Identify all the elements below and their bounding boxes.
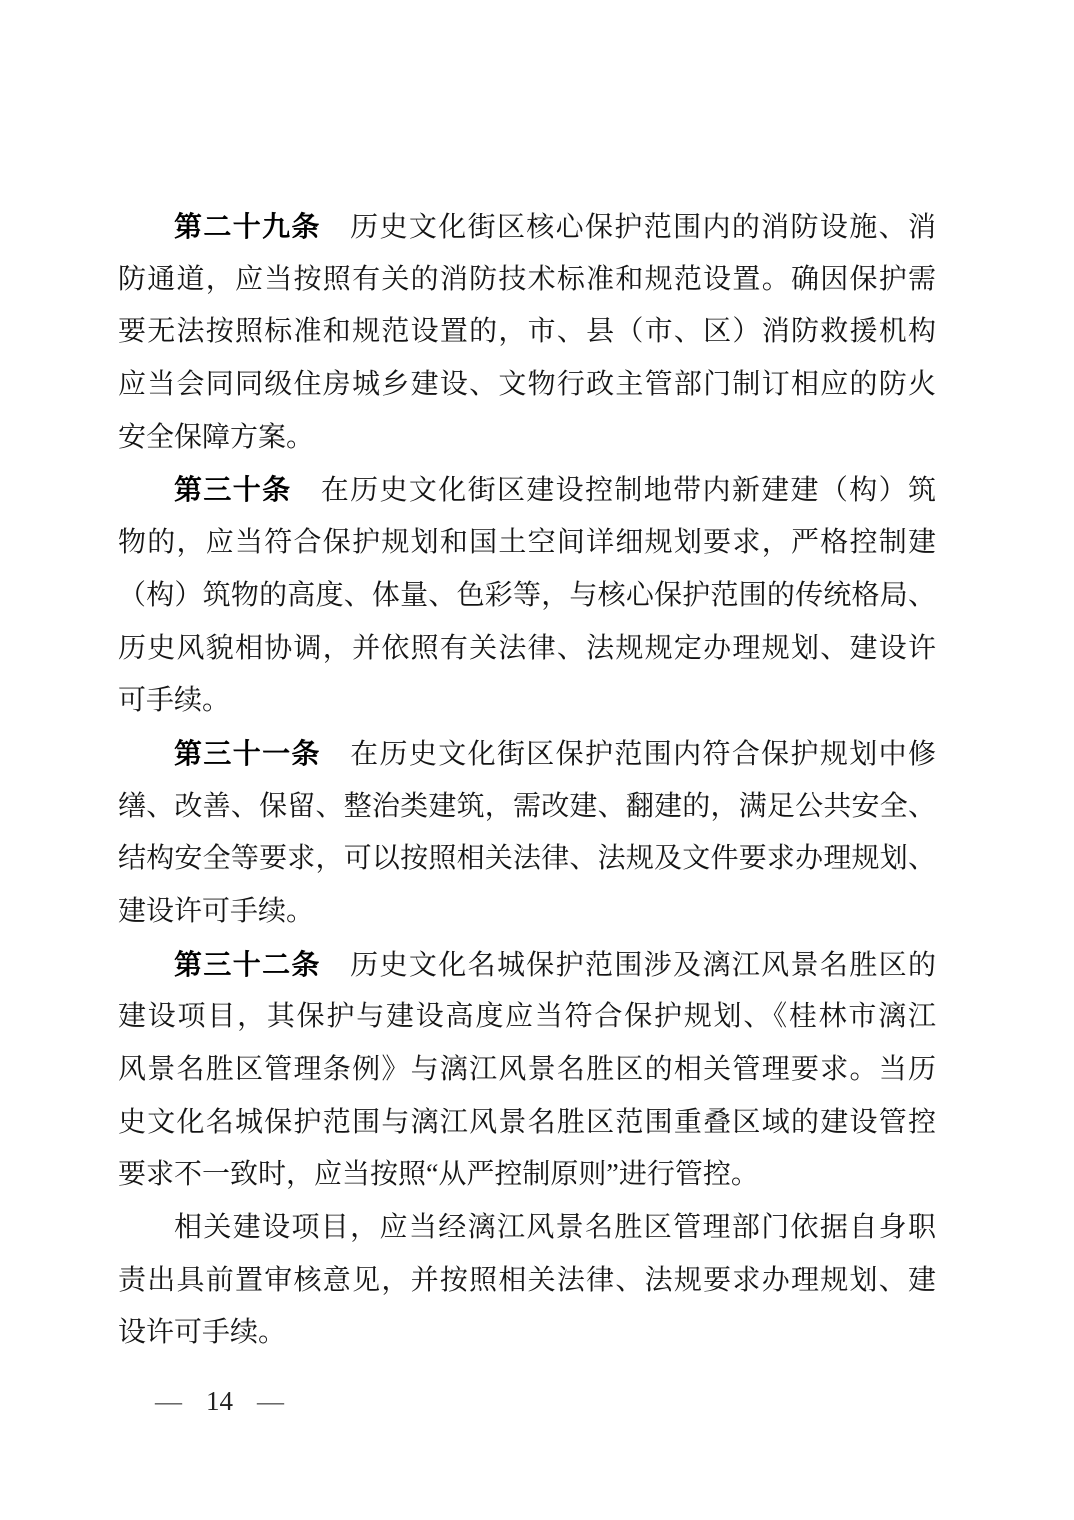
article-paragraph: 第三十条 在历史文化街区建设控制地带内新建建（构）筑物的，应当符合保护规划和国土… bbox=[118, 464, 936, 727]
page-number: 14 bbox=[206, 1386, 233, 1416]
text-line: 可手续。 bbox=[118, 675, 936, 728]
text-line: 要求不一致时，应当按照“从严控制原则”进行管控。 bbox=[118, 1149, 936, 1202]
document-body: 第二十九条 历史文化街区核心保护范围内的消防设施、消防通道，应当按照有关的消防技… bbox=[118, 201, 936, 1360]
text-line: （构）筑物的高度、体量、色彩等，与核心保护范围的传统格局、 bbox=[118, 570, 936, 623]
article-paragraph: 第二十九条 历史文化街区核心保护范围内的消防设施、消防通道，应当按照有关的消防技… bbox=[118, 201, 936, 464]
text-line: 设许可手续。 bbox=[118, 1307, 936, 1360]
text-line: 第三十条 在历史文化街区建设控制地带内新建建（构）筑 bbox=[118, 464, 936, 517]
text-line: 建设项目，其保护与建设高度应当符合保护规划、《桂林市漓江 bbox=[118, 991, 936, 1044]
article-number-label: 第三十一条 bbox=[174, 738, 321, 769]
text-line: 建设许可手续。 bbox=[118, 886, 936, 939]
text-line: 第三十二条 历史文化名城保护范围涉及漓江风景名胜区的 bbox=[118, 939, 936, 992]
text-line: 物的，应当符合保护规划和国土空间详细规划要求，严格控制建 bbox=[118, 517, 936, 570]
text-line: 风景名胜区管理条例》与漓江风景名胜区的相关管理要求。当历 bbox=[118, 1044, 936, 1097]
article-paragraph: 第三十一条 在历史文化街区保护范围内符合保护规划中修缮、改善、保留、整治类建筑，… bbox=[118, 728, 936, 939]
text-line: 第三十一条 在历史文化街区保护范围内符合保护规划中修 bbox=[118, 728, 936, 781]
page-footer: —14— bbox=[155, 1384, 284, 1418]
page: 第二十九条 历史文化街区核心保护范围内的消防设施、消防通道，应当按照有关的消防技… bbox=[0, 0, 1074, 1520]
text-line: 安全保障方案。 bbox=[118, 412, 936, 465]
article-number-label: 第二十九条 bbox=[174, 211, 321, 242]
footer-dash-left: — bbox=[155, 1386, 182, 1416]
article-paragraph: 第三十二条 历史文化名城保护范围涉及漓江风景名胜区的建设项目，其保护与建设高度应… bbox=[118, 939, 936, 1202]
article-number-label: 第三十条 bbox=[174, 474, 291, 505]
text-line: 防通道，应当按照有关的消防技术标准和规范设置。确因保护需 bbox=[118, 254, 936, 307]
text-line: 历史风貌相协调，并依照有关法律、法规规定办理规划、建设许 bbox=[118, 623, 936, 676]
text-line: 缮、改善、保留、整治类建筑，需改建、翻建的，满足公共安全、 bbox=[118, 781, 936, 834]
text-line: 史文化名城保护范围与漓江风景名胜区范围重叠区域的建设管控 bbox=[118, 1097, 936, 1150]
text-line: 相关建设项目，应当经漓江风景名胜区管理部门依据自身职 bbox=[118, 1202, 936, 1255]
text-line: 责出具前置审核意见，并按照相关法律、法规要求办理规划、建 bbox=[118, 1255, 936, 1308]
text-line: 应当会同同级住房城乡建设、文物行政主管部门制订相应的防火 bbox=[118, 359, 936, 412]
text-line: 结构安全等要求，可以按照相关法律、法规及文件要求办理规划、 bbox=[118, 833, 936, 886]
article-number-label: 第三十二条 bbox=[174, 949, 321, 980]
text-line: 第二十九条 历史文化街区核心保护范围内的消防设施、消 bbox=[118, 201, 936, 254]
text-line: 要无法按照标准和规范设置的，市、县（市、区）消防救援机构 bbox=[118, 306, 936, 359]
footer-dash-right: — bbox=[257, 1386, 284, 1416]
article-paragraph: 相关建设项目，应当经漓江风景名胜区管理部门依据自身职责出具前置审核意见，并按照相… bbox=[118, 1202, 936, 1360]
